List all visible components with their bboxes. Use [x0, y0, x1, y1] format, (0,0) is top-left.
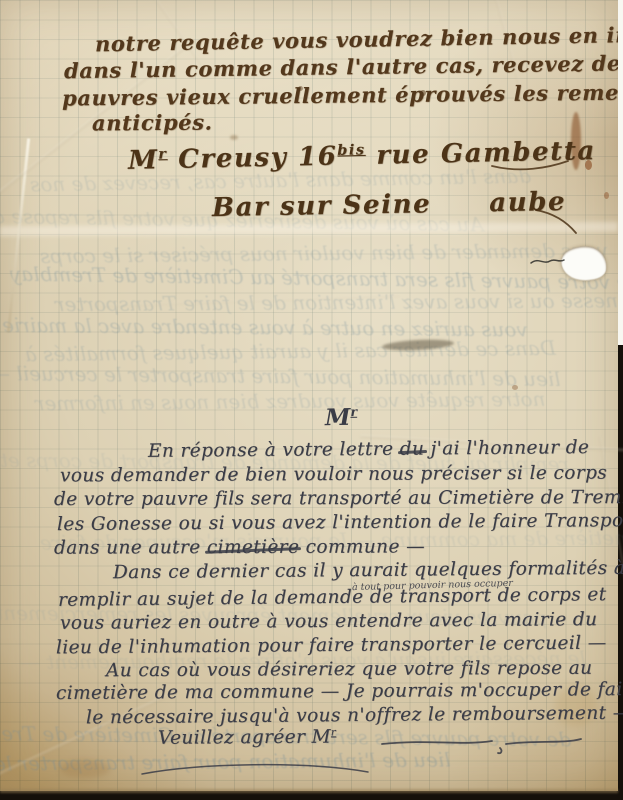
handwritten-line: Veuillez agréer Mr: [158, 728, 336, 748]
line-text: Veuillez agréer M: [158, 727, 331, 749]
bleedthrough-line: Dans ce dernier cas il y aurait quelques…: [25, 338, 556, 364]
scanned-letter-page: dans l'un comme dans l'autre cas, receve…: [0, 0, 623, 800]
salutation-letter: M: [325, 404, 351, 431]
handwritten-line: anticipés.: [92, 112, 213, 134]
handwritten-line: vous auriez en outre à vous entendre ave…: [60, 611, 598, 633]
address-town: Bar sur Seine: [212, 189, 432, 223]
line-text: j'ai l'honneur de: [424, 437, 589, 459]
handwritten-line: de votre pauvre fils sera transporté au …: [54, 489, 623, 510]
struck-word: cimetière: [207, 539, 300, 558]
address-prefix: M: [128, 145, 159, 176]
scan-edge-right: [618, 0, 623, 345]
line-text: dans une autre: [54, 537, 207, 559]
salutation: Mr: [325, 406, 358, 430]
address-prefix-sup: r: [158, 146, 167, 162]
rust-stain: [512, 385, 518, 390]
line-text: commune —: [299, 536, 425, 557]
bleedthrough-line: vous demander de bien vouloir nous préci…: [40, 240, 608, 266]
handwritten-line: cimetière de ma commune — Je pourrais m'…: [56, 681, 623, 704]
address-number-sup: bis: [337, 142, 366, 159]
handwritten-line: le nécessaire jusqu'à vous n'offrez le r…: [86, 705, 623, 728]
bleedthrough-line: vous auriez en outre à vous entendre ave…: [0, 315, 528, 340]
paper-sheet: dans l'un comme dans l'autre cas, receve…: [0, 0, 618, 791]
rust-stain: [604, 192, 609, 199]
bleedthrough-line: notre requête vous voudrez bien nous en …: [35, 389, 546, 413]
line-text: En réponse à votre lettre: [148, 439, 400, 462]
handwritten-line: Au cas où vous désireriez que votre fils…: [106, 660, 593, 681]
address-street: rue Gambetta: [365, 136, 596, 171]
address-line: Bar sur Seineaube: [212, 189, 567, 221]
salutation-sup: r: [350, 404, 357, 419]
handwritten-line: En réponse à votre lettre du j'ai l'honn…: [148, 439, 589, 461]
closing-sup: r: [331, 727, 336, 738]
ink-spot: [230, 135, 238, 140]
address-department: aube: [489, 187, 566, 218]
handwritten-line: les Gonesse ou si vous avez l'intention …: [57, 512, 623, 535]
scan-edge-bottom: [0, 791, 623, 800]
age-stain: [60, 760, 110, 778]
handwritten-line: Dans ce dernier cas il y aurait quelques…: [113, 560, 623, 583]
struck-word: du: [400, 441, 425, 460]
handwritten-line: dans une autre cimetière commune —: [54, 538, 425, 558]
bleedthrough-line: lieu de l'inhumation pour faire transpor…: [0, 363, 561, 389]
bleedthrough-line: les Gonesse ou si vous avez l'intention …: [55, 290, 623, 314]
address-name-number: Creusy 16: [167, 142, 337, 176]
handwritten-line: vous demander de bien vouloir nous préci…: [60, 465, 607, 486]
handwritten-line: pauvres vieux cruellement éprouvés les r…: [62, 80, 623, 108]
